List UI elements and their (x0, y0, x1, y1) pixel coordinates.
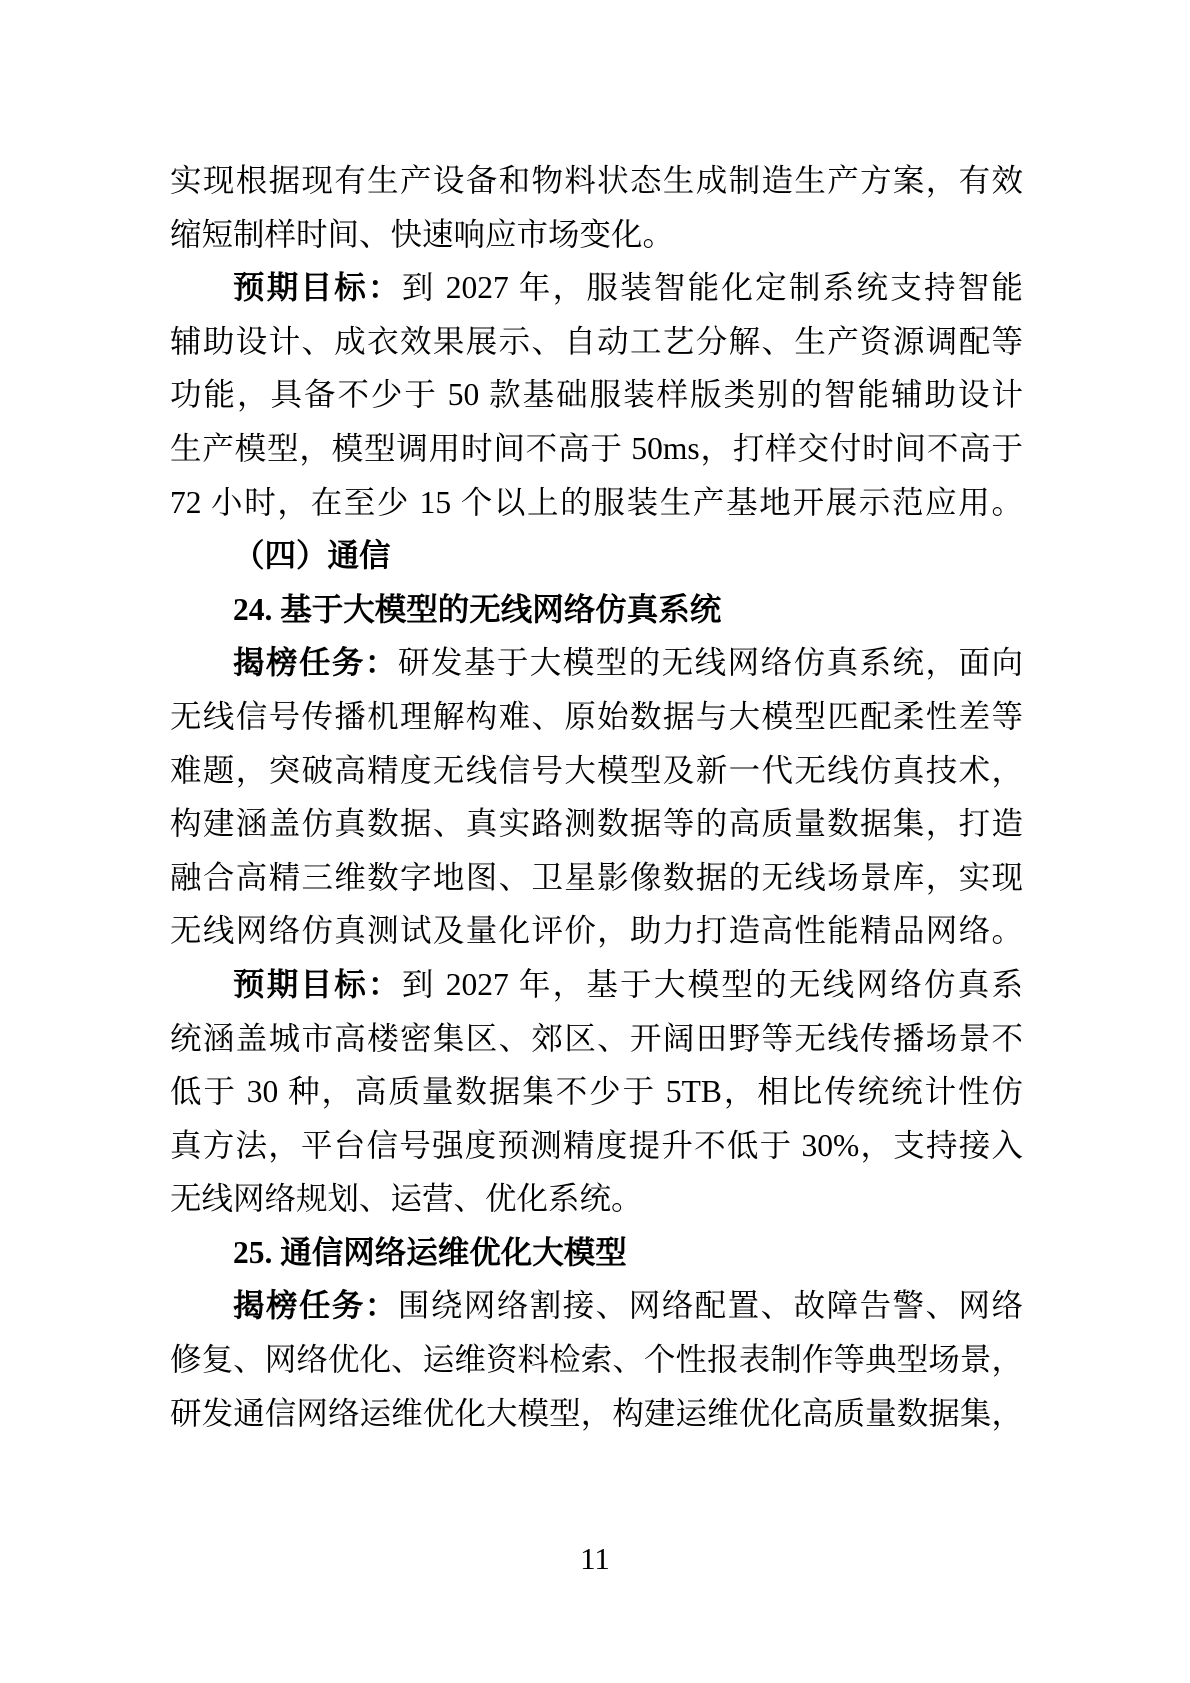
text-run: 到 2027 年，基于大模型的无线网络仿真系 (402, 967, 1023, 1002)
text-line: 无线信号传播机理解构难、原始数据与大模型匹配柔性差等 (170, 690, 1023, 744)
text-line: 融合高精三维数字地图、卫星影像数据的无线场景库，实现 (170, 851, 1023, 905)
text-run: 构建涵盖仿真数据、真实路测数据等的高质量数据集，打造 (170, 806, 1023, 841)
text-run: 真方法，平台信号强度预测精度提升不低于 30%，支持接入 (170, 1128, 1023, 1163)
text-run: 修复、网络优化、运维资料检索、个性报表制作等典型场景， (170, 1342, 1023, 1377)
text-line: 统涵盖城市高楼密集区、郊区、开阔田野等无线传播场景不 (170, 1012, 1023, 1066)
document-body: 实现根据现有生产设备和物料状态生成制造生产方案，有效缩短制样时间、快速响应市场变… (170, 154, 1023, 1440)
text-line: 低于 30 种，高质量数据集不少于 5TB，相比传统统计性仿 (170, 1065, 1023, 1119)
text-run: 72 小时，在至少 15 个以上的服装生产基地开展示范应用。 (170, 485, 1023, 520)
text-line: 难题，突破高精度无线信号大模型及新一代无线仿真技术， (170, 744, 1023, 798)
text-line: 24. 基于大模型的无线网络仿真系统 (170, 583, 1023, 637)
text-run: 功能，具备不少于 50 款基础服装样版类别的智能辅助设计 (170, 377, 1023, 412)
text-run: 到 2027 年，服装智能化定制系统支持智能 (402, 270, 1023, 305)
text-run: 无线信号传播机理解构难、原始数据与大模型匹配柔性差等 (170, 699, 1023, 734)
text-line: 真方法，平台信号强度预测精度提升不低于 30%，支持接入 (170, 1119, 1023, 1173)
emphasis-run: 揭榜任务： (233, 1288, 398, 1323)
text-run: 缩短制样时间、快速响应市场变化。 (170, 217, 674, 252)
text-line: 揭榜任务：研发基于大模型的无线网络仿真系统，面向 (170, 636, 1023, 690)
emphasis-run: 预期目标： (233, 967, 402, 1002)
text-run: 辅助设计、成衣效果展示、自动工艺分解、生产资源调配等 (170, 324, 1023, 359)
text-line: 修复、网络优化、运维资料检索、个性报表制作等典型场景， (170, 1333, 1023, 1387)
text-line: 25. 通信网络运维优化大模型 (170, 1226, 1023, 1280)
text-line: 72 小时，在至少 15 个以上的服装生产基地开展示范应用。 (170, 476, 1023, 530)
text-line: 实现根据现有生产设备和物料状态生成制造生产方案，有效 (170, 154, 1023, 208)
text-line: 预期目标：到 2027 年，基于大模型的无线网络仿真系 (170, 958, 1023, 1012)
emphasis-run: 25. 通信网络运维优化大模型 (233, 1235, 627, 1270)
text-line: 功能，具备不少于 50 款基础服装样版类别的智能辅助设计 (170, 368, 1023, 422)
text-line: （四）通信 (170, 529, 1023, 583)
text-line: 生产模型，模型调用时间不高于 50ms，打样交付时间不高于 (170, 422, 1023, 476)
text-run: 统涵盖城市高楼密集区、郊区、开阔田野等无线传播场景不 (170, 1021, 1023, 1056)
text-run: 生产模型，模型调用时间不高于 50ms，打样交付时间不高于 (170, 431, 1023, 466)
text-run: 难题，突破高精度无线信号大模型及新一代无线仿真技术， (170, 753, 1023, 788)
text-run: 融合高精三维数字地图、卫星影像数据的无线场景库，实现 (170, 860, 1023, 895)
text-line: 辅助设计、成衣效果展示、自动工艺分解、生产资源调配等 (170, 315, 1023, 369)
text-line: 研发通信网络运维优化大模型，构建运维优化高质量数据集， (170, 1387, 1023, 1441)
text-line: 构建涵盖仿真数据、真实路测数据等的高质量数据集，打造 (170, 797, 1023, 851)
text-run: 围绕网络割接、网络配置、故障告警、网络 (398, 1288, 1023, 1323)
emphasis-run: 24. 基于大模型的无线网络仿真系统 (233, 592, 721, 627)
text-line: 揭榜任务：围绕网络割接、网络配置、故障告警、网络 (170, 1279, 1023, 1333)
text-run: 无线网络仿真测试及量化评价，助力打造高性能精品网络。 (170, 913, 1023, 948)
text-run: 无线网络规划、运营、优化系统。 (170, 1181, 643, 1216)
emphasis-run: 预期目标： (233, 270, 402, 305)
text-run: 实现根据现有生产设备和物料状态生成制造生产方案，有效 (170, 163, 1023, 198)
emphasis-run: （四）通信 (233, 538, 391, 573)
text-line: 缩短制样时间、快速响应市场变化。 (170, 208, 1023, 262)
page-number: 11 (0, 1541, 1190, 1577)
text-run: 研发基于大模型的无线网络仿真系统，面向 (398, 645, 1023, 680)
text-line: 无线网络规划、运营、优化系统。 (170, 1172, 1023, 1226)
text-run: 低于 30 种，高质量数据集不少于 5TB，相比传统统计性仿 (170, 1074, 1023, 1109)
document-page: 实现根据现有生产设备和物料状态生成制造生产方案，有效缩短制样时间、快速响应市场变… (0, 0, 1190, 1683)
text-line: 无线网络仿真测试及量化评价，助力打造高性能精品网络。 (170, 904, 1023, 958)
text-line: 预期目标：到 2027 年，服装智能化定制系统支持智能 (170, 261, 1023, 315)
emphasis-run: 揭榜任务： (233, 645, 398, 680)
text-run: 研发通信网络运维优化大模型，构建运维优化高质量数据集， (170, 1396, 1023, 1431)
